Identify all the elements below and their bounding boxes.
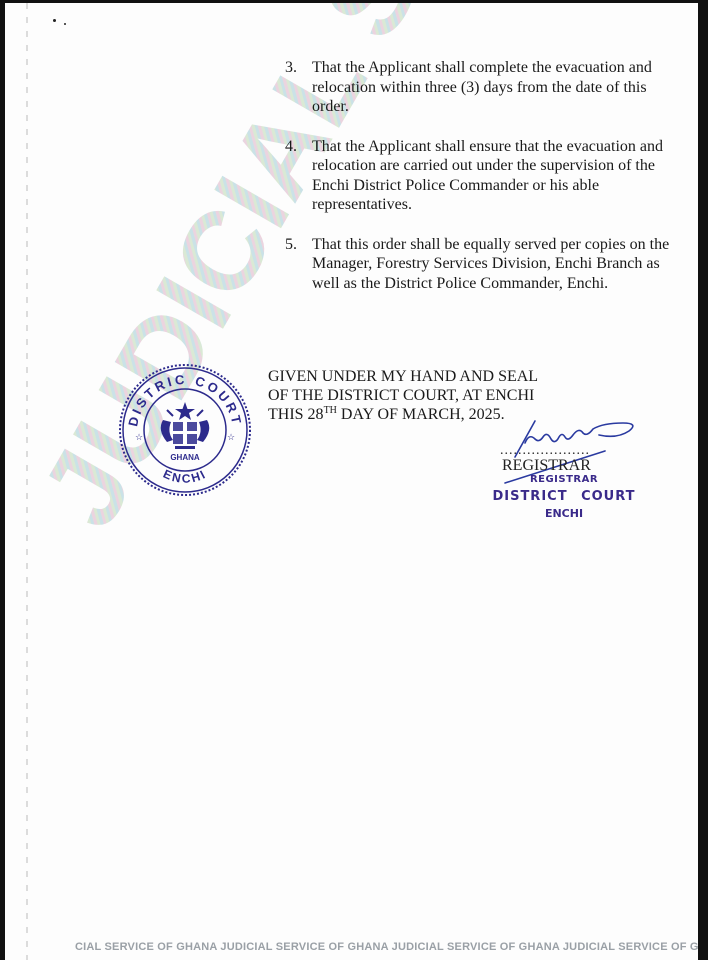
order-item: 4. That the Applicant shall ensure that … bbox=[285, 137, 685, 215]
item-number: 3. bbox=[285, 58, 312, 117]
registrar-title: REGISTRAR bbox=[502, 457, 591, 475]
footer-watermark-strip: CIAL SERVICE OF GHANA JUDICIAL SERVICE O… bbox=[75, 941, 698, 953]
svg-text:☆: ☆ bbox=[135, 432, 143, 442]
svg-text:GHANA: GHANA bbox=[170, 453, 200, 462]
svg-text:☆: ☆ bbox=[227, 432, 235, 442]
stamp-line-2: DISTRICT COURT bbox=[489, 490, 639, 503]
given-line-1: Given under my hand and seal bbox=[268, 367, 538, 386]
order-item: 3. That the Applicant shall complete the… bbox=[285, 58, 685, 117]
order-item: 5. That this order shall be equally serv… bbox=[285, 235, 685, 294]
registrar-stamp: REGISTRAR DISTRICT COURT ENCHI bbox=[489, 475, 639, 519]
date-prefix: This 28 bbox=[268, 406, 324, 423]
document-page: JUDICIAL SERVICE 3. That the Applicant s… bbox=[5, 3, 698, 960]
item-text: That the Applicant shall ensure that the… bbox=[312, 137, 685, 215]
court-seal-icon: DISTRIC COURT ENCHI GHANA ☆ ☆ bbox=[115, 360, 255, 500]
speck bbox=[64, 23, 66, 25]
item-text: That this order shall be equally served … bbox=[312, 235, 685, 294]
item-number: 4. bbox=[285, 137, 312, 215]
item-text: That the Applicant shall complete the ev… bbox=[312, 58, 685, 117]
seal-bottom-text: ENCHI bbox=[161, 467, 209, 486]
date-suffix: day of March, 2025. bbox=[337, 406, 505, 423]
given-line-2: of the District Court, at Enchi bbox=[268, 386, 538, 405]
order-items: 3. That the Applicant shall complete the… bbox=[285, 58, 685, 313]
stamp-line-1: REGISTRAR bbox=[489, 475, 639, 485]
svg-text:ENCHI: ENCHI bbox=[161, 467, 209, 486]
date-ordinal: th bbox=[324, 405, 337, 416]
item-number: 5. bbox=[285, 235, 312, 294]
speck bbox=[53, 19, 56, 22]
stamp-line-3: ENCHI bbox=[489, 508, 639, 519]
